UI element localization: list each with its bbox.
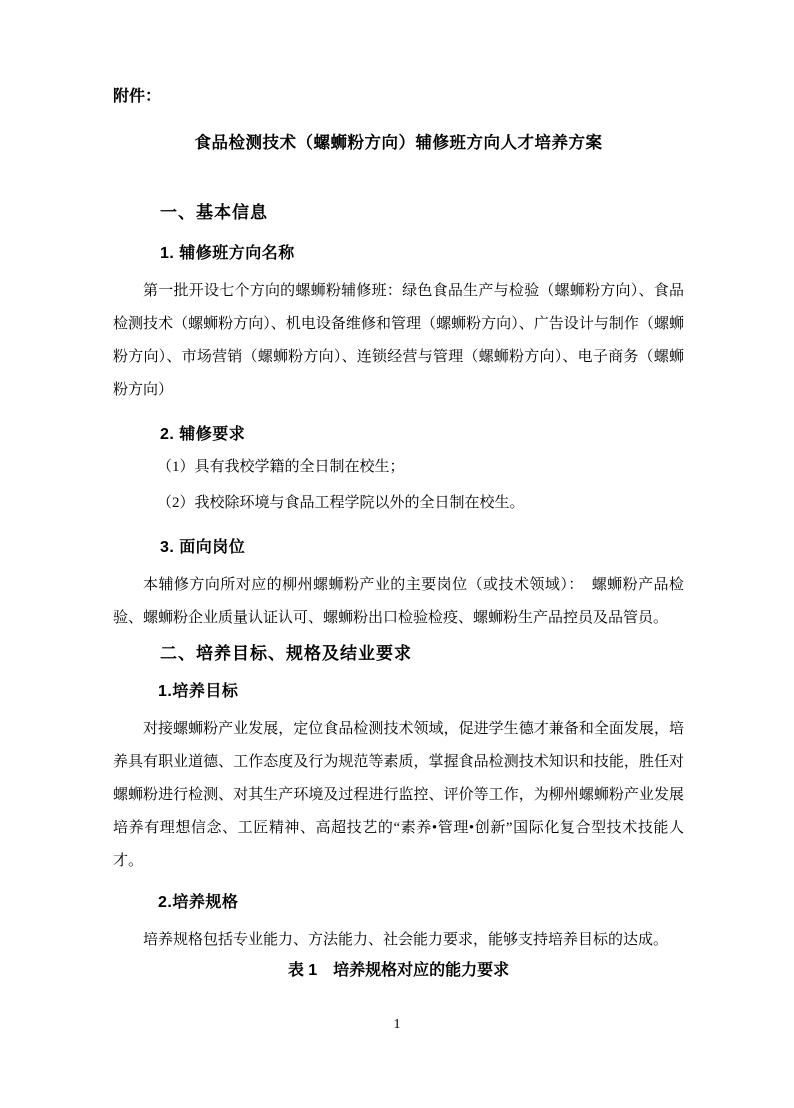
training-goal-paragraph: 对接螺蛳粉产业发展，定位食品检测技术领域，促进学生德才兼备和全面发展，培养具有职… (113, 713, 684, 878)
training-spec-paragraph: 培养规格包括专业能力、方法能力、社会能力要求，能够支持培养目标的达成。 (113, 924, 684, 957)
section-1-heading: 一、基本信息 (160, 200, 684, 226)
subsection-1-2-heading: 2. 辅修要求 (160, 422, 684, 448)
requirement-item-2: （2）我校除环境与食品工程学院以外的全日制在校生。 (157, 487, 684, 520)
subsection-1-3-heading: 3. 面向岗位 (160, 535, 684, 561)
section-2-heading: 二、培养目标、规格及结业要求 (160, 641, 684, 667)
document-page: 附件： 食品检测技术（螺蛳粉方向）辅修班方向人才培养方案 一、基本信息 1. 辅… (0, 0, 794, 1108)
table-1-caption: 表 1 培养规格对应的能力要求 (113, 959, 684, 983)
attachment-label: 附件： (113, 86, 684, 108)
target-jobs-paragraph: 本辅修方向所对应的柳州螺蛳粉产业的主要岗位（或技术领域）： 螺蛳粉产品检验、螺蛳… (113, 569, 684, 635)
minor-directions-paragraph: 第一批开设七个方向的螺蛳粉辅修班：绿色食品生产与检验（螺蛳粉方向）、食品检测技术… (113, 275, 684, 407)
document-title: 食品检测技术（螺蛳粉方向）辅修班方向人才培养方案 (113, 132, 684, 154)
page-number: 1 (0, 1016, 794, 1034)
subsection-2-1-heading: 1.培养目标 (158, 679, 684, 705)
subsection-1-1-heading: 1. 辅修班方向名称 (160, 241, 684, 267)
subsection-2-2-heading: 2.培养规格 (158, 890, 684, 916)
requirement-item-1: （1）具有我校学籍的全日制在校生； (157, 451, 684, 484)
